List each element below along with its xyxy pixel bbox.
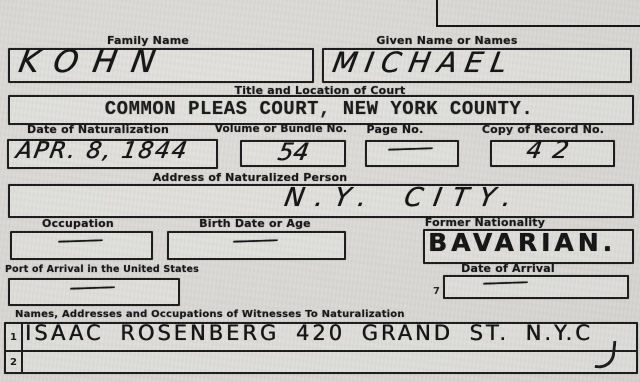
occupation-value: —: [10, 228, 149, 253]
top-right-corner-box: [436, 0, 640, 27]
stray-mark: 7: [433, 286, 440, 297]
page-no-value: —: [365, 136, 455, 161]
date-of-naturalization-value: APR. 8, 1844: [14, 138, 191, 164]
birth-date-or-age-value: —: [167, 228, 342, 253]
port-of-arrival-dash: —: [66, 274, 118, 300]
family-name-value: KOHN: [16, 44, 173, 80]
court-value: COMMON PLEAS COURT, NEW YORK COUNTY.: [8, 96, 630, 122]
port-of-arrival-value: —: [8, 275, 176, 300]
volume-or-bundle-label: Volume or Bundle No.: [200, 123, 362, 136]
former-nationality-value: BAVARIAN.: [428, 228, 616, 257]
witnesses-label: Names, Addresses and Occupations of Witn…: [15, 308, 379, 321]
given-name-value: MICHAEL: [330, 46, 517, 79]
volume-or-bundle-value: 54: [240, 138, 347, 166]
naturalization-index-card: Family Name Given Name or Names KOHN MIC…: [0, 0, 640, 382]
birth-date-or-age-dash: —: [228, 227, 280, 253]
witness-row-2: 2: [6, 352, 636, 372]
copy-of-record-label: Copy of Record No.: [468, 123, 618, 136]
witness-row-2-number: 2: [6, 352, 23, 372]
witness-row-1-number: 1: [6, 324, 23, 350]
address-value: N.Y. CITY.: [282, 183, 525, 213]
witness-row-1-value: ISAAC ROSENBERG 420 GRAND ST. N.Y.C: [25, 321, 593, 345]
date-of-arrival-value: —: [450, 270, 560, 295]
date-of-arrival-dash: —: [479, 269, 531, 295]
witness-row-2-cell: [23, 352, 636, 372]
page-no-label: Page No.: [345, 123, 445, 136]
occupation-dash: —: [53, 227, 105, 253]
copy-of-record-value: 42: [490, 136, 616, 164]
date-of-naturalization-label: Date of Naturalization: [8, 123, 188, 136]
page-no-dash: —: [384, 135, 436, 161]
